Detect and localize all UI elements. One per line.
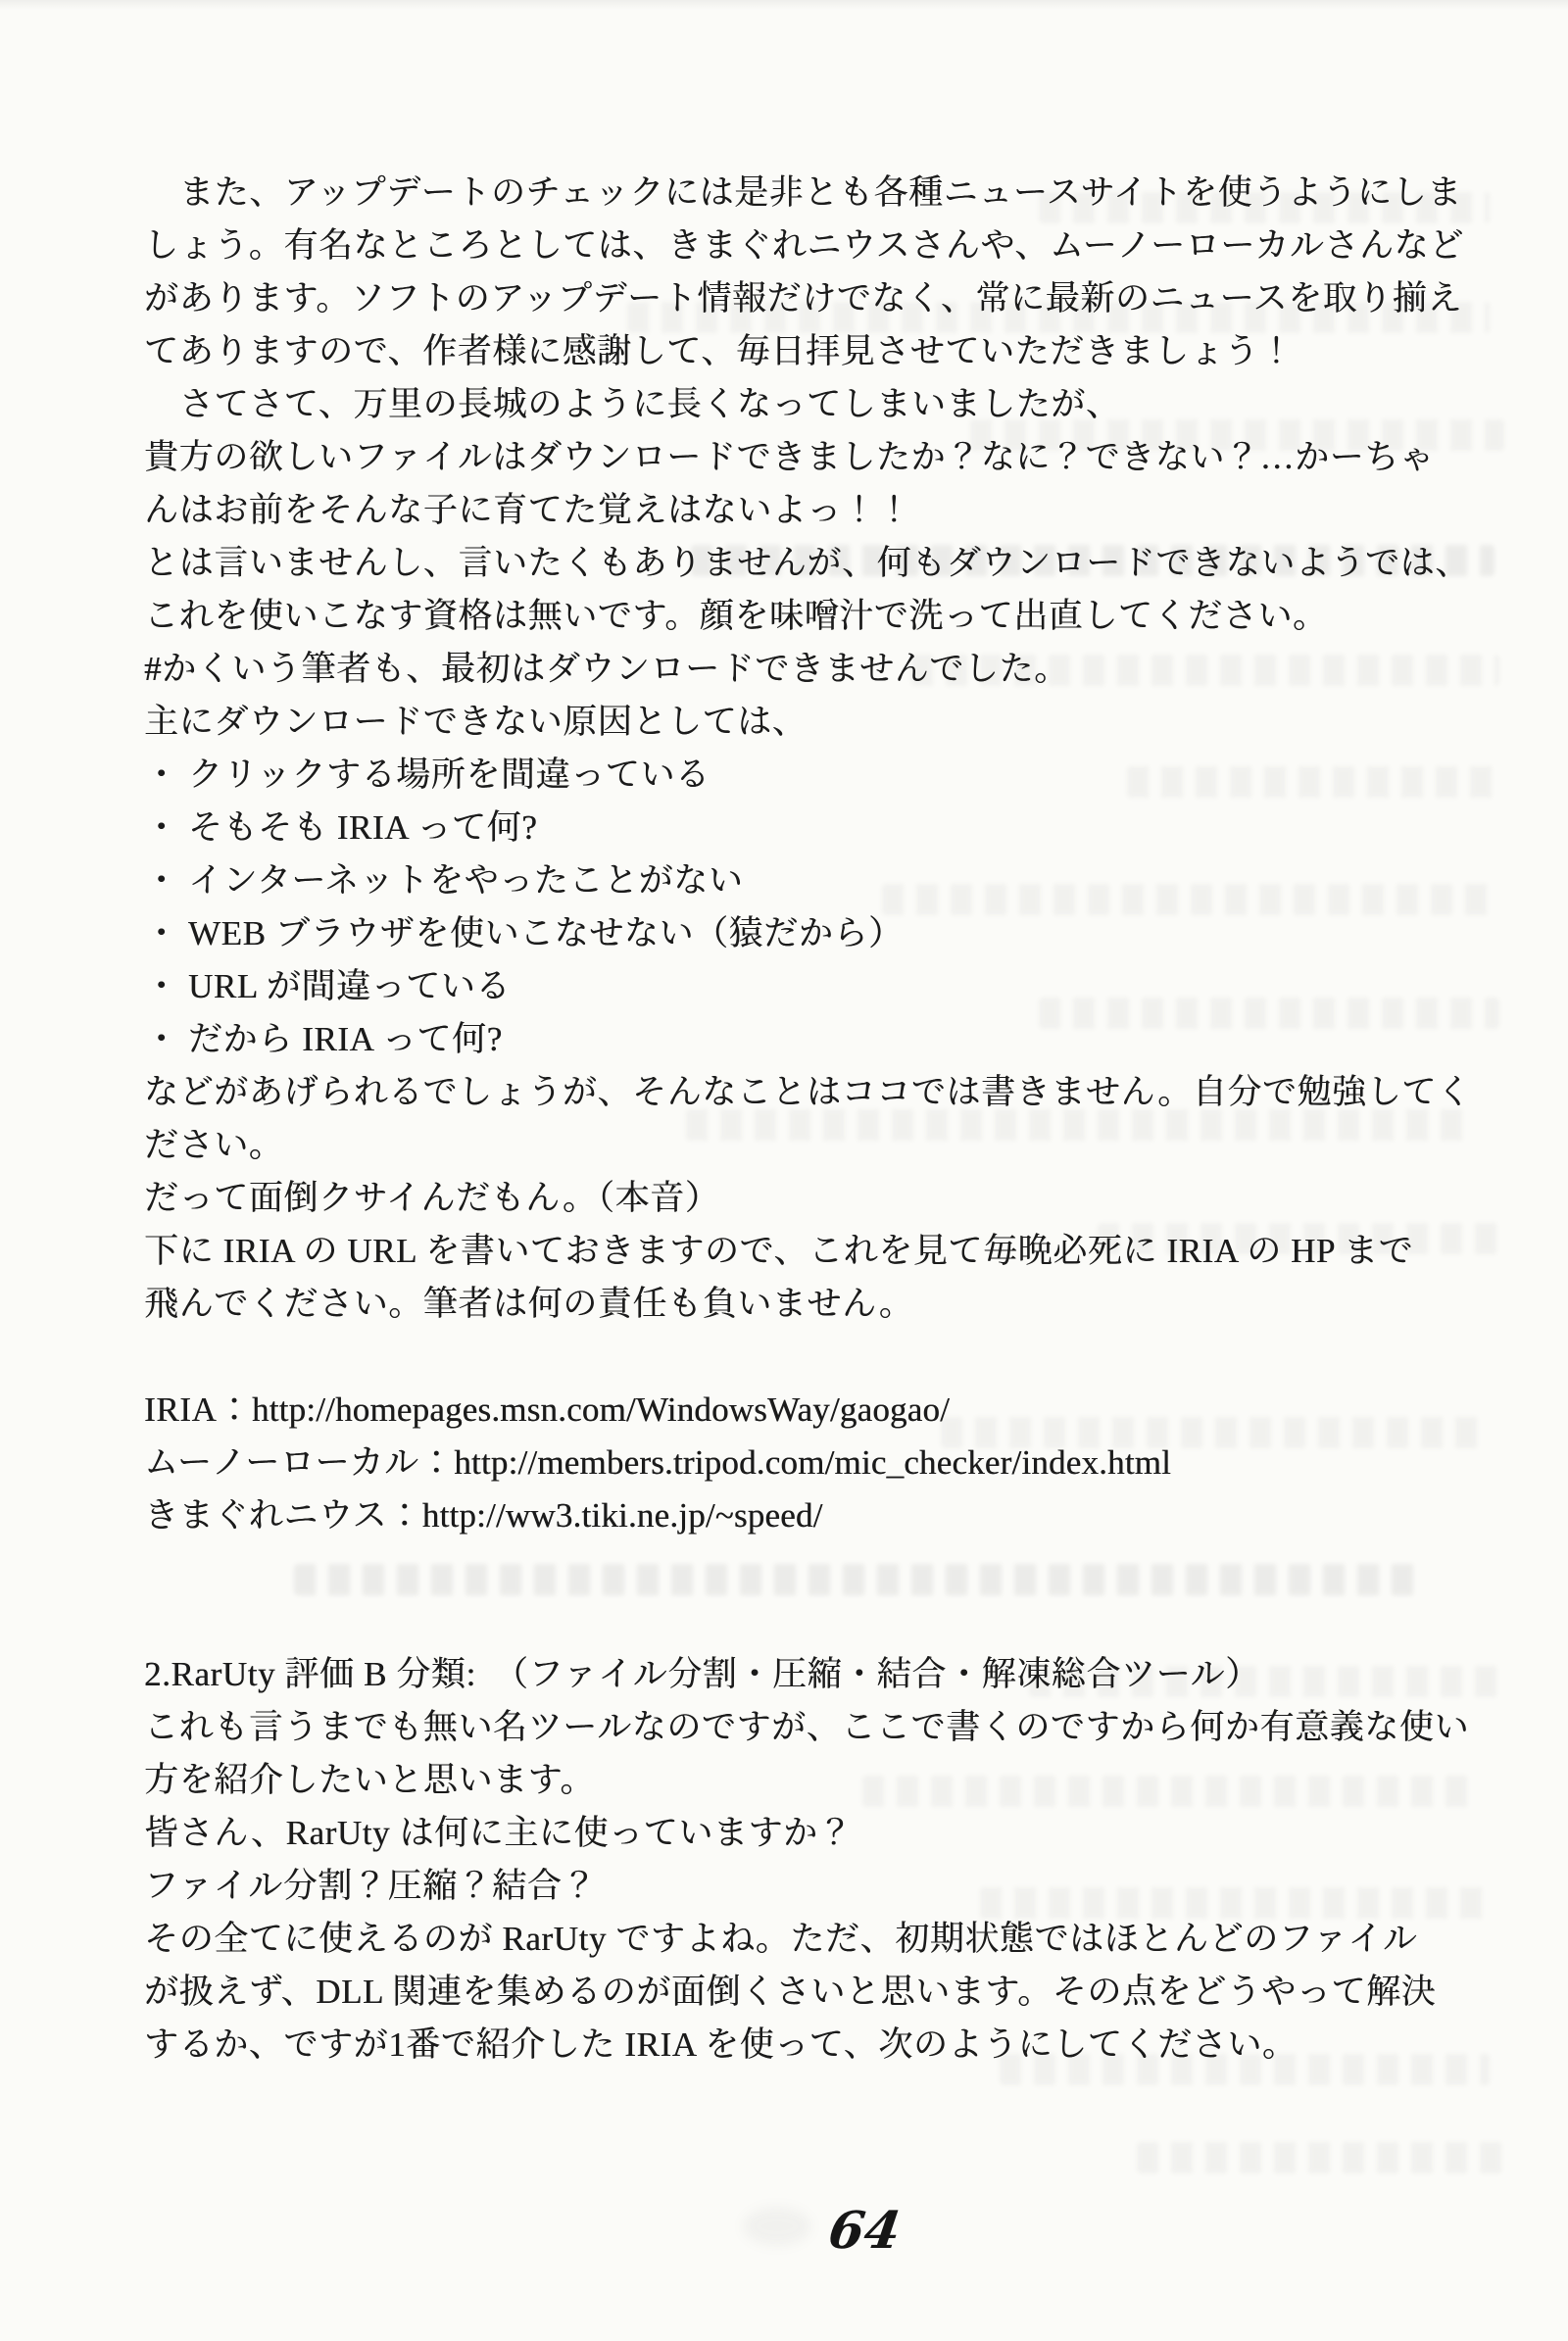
- link-separator: ：: [217, 1390, 252, 1429]
- text-line: ファイル分割？圧縮？結合？: [144, 1860, 1472, 1913]
- text-line: するか、ですが1番で紹介した IRIA を使って、次のようにしてください。: [144, 2019, 1472, 2072]
- text-line-content: さてさて、万里の長城のように長くなってしまいましたが、: [179, 385, 1121, 423]
- text-line-content: だって面倒クサイんだもん。（本音）: [144, 1179, 719, 1217]
- text-line: ・ クリックする場所を間違っている: [144, 749, 1472, 802]
- text-line-content: また、アップデートのチェックには是非とも各種ニュースサイトを使うようにしま: [179, 173, 1462, 212]
- text-line: 貴方の欲しいファイルはダウンロードできましたか？なに？できない？…かーちゃ: [144, 431, 1472, 484]
- text-line-content: とは言いませんし、言いたくもありませんが、何もダウンロードできないようでは、: [144, 544, 1470, 582]
- text-line: が扱えず、DLL 関連を集めるのが面倒くさいと思います。その点をどうやって解決: [144, 1966, 1472, 2019]
- text-line: 2.RarUty 評価 B 分類: （ファイル分割・圧縮・結合・解凍総合ツール）: [144, 1648, 1472, 1701]
- text-line-content: 主にダウンロードできない原因としては、: [144, 703, 807, 741]
- link-separator: ：: [419, 1443, 455, 1482]
- text-line-content: 皆さん、RarUty は何に主に使っていますか？: [144, 1814, 853, 1852]
- text-line-content: ・ だから IRIA って何?: [144, 1020, 503, 1058]
- link-line: ムーノーローカル：http://members.tripod.com/mic_c…: [144, 1437, 1472, 1489]
- text-line: などがあげられるでしょうが、そんなことはココでは書きません。自分で勉強してく: [144, 1066, 1472, 1119]
- link-separator: ：: [387, 1496, 422, 1535]
- text-line: ・ WEB ブラウザを使いこなせない（猿だから）: [144, 907, 1472, 960]
- text-line-content: があります。ソフトのアップデート情報だけでなく、常に最新のニュースを取り揃え: [144, 279, 1462, 317]
- link-label: ムーノーローカル: [144, 1443, 419, 1482]
- text-line-content: 下に IRIA の URL を書いておきますので、これを見て毎晩必死に IRIA…: [144, 1232, 1413, 1270]
- text-line: ださい。: [144, 1119, 1472, 1172]
- text-line-content: ださい。: [144, 1126, 283, 1164]
- text-line: その全てに使えるのが RarUty ですよね。ただ、初期状態ではほとんどのファイ…: [144, 1913, 1472, 1966]
- text-line: 方を紹介したいと思います。: [144, 1754, 1472, 1807]
- text-line: 主にダウンロードできない原因としては、: [144, 696, 1472, 749]
- text-line-content: んはお前をそんな子に育てた覚えはないよっ！！: [144, 491, 911, 529]
- text-line: ・ インターネットをやったことがない: [144, 854, 1472, 907]
- text-line: また、アップデートのチェックには是非とも各種ニュースサイトを使うようにしま: [144, 167, 1472, 219]
- text-line-content: しょう。有名なところとしては、きまぐれニウスさんや、ムーノーローカルさんなど: [144, 226, 1464, 265]
- page-text: また、アップデートのチェックには是非とも各種ニュースサイトを使うようにしましょう…: [144, 167, 1472, 2072]
- text-line: 飛んでください。筆者は何の責任も負いません。: [144, 1278, 1472, 1331]
- text-line: #かくいう筆者も、最初はダウンロードできませんでした。: [144, 643, 1472, 696]
- link-url: http://members.tripod.com/mic_checker/in…: [454, 1443, 1171, 1482]
- page-number: 64: [825, 2201, 905, 2261]
- text-line-content: が扱えず、DLL 関連を集めるのが面倒くさいと思います。その点をどうやって解決: [144, 1973, 1436, 2011]
- text-line: ・ URL が間違っている: [144, 960, 1472, 1013]
- text-line: これを使いこなす資格は無いです。顔を味噌汁で洗って出直してください。: [144, 590, 1472, 643]
- text-line-content: その全てに使えるのが RarUty ですよね。ただ、初期状態ではほとんどのファイ…: [144, 1920, 1417, 1958]
- text-line: とは言いませんし、言いたくもありませんが、何もダウンロードできないようでは、: [144, 537, 1472, 590]
- intro-paragraph: また、アップデートのチェックには是非とも各種ニュースサイトを使うようにしましょう…: [144, 167, 1472, 1331]
- link-line: きまぐれニウス：http://ww3.tiki.ne.jp/~speed/: [144, 1489, 1472, 1542]
- links-block: IRIA：http://homepages.msn.com/WindowsWay…: [144, 1384, 1472, 1542]
- link-url: http://homepages.msn.com/WindowsWay/gaog…: [252, 1390, 950, 1429]
- section2-paragraph: 2.RarUty 評価 B 分類: （ファイル分割・圧縮・結合・解凍総合ツール）…: [144, 1648, 1472, 2072]
- text-line-content: ・ インターネットをやったことがない: [144, 861, 743, 900]
- text-line-content: 2.RarUty 評価 B 分類: （ファイル分割・圧縮・結合・解凍総合ツール）: [144, 1655, 1260, 1693]
- text-line-content: ファイル分割？圧縮？結合？: [144, 1867, 597, 1905]
- bleedthrough-artifact: [743, 2207, 811, 2246]
- text-line-content: ・ WEB ブラウザを使いこなせない（猿だから）: [144, 914, 904, 952]
- text-line-content: ・ クリックする場所を間違っている: [144, 756, 710, 794]
- text-line-content: 貴方の欲しいファイルはダウンロードできましたか？なに？できない？…かーちゃ: [144, 438, 1435, 476]
- link-line: IRIA：http://homepages.msn.com/WindowsWay…: [144, 1384, 1472, 1437]
- text-line: 皆さん、RarUty は何に主に使っていますか？: [144, 1807, 1472, 1860]
- text-line-content: #かくいう筆者も、最初はダウンロードできませんでした。: [144, 650, 1069, 688]
- text-line-content: 飛んでください。筆者は何の責任も負いません。: [144, 1285, 913, 1323]
- text-line: さてさて、万里の長城のように長くなってしまいましたが、: [144, 378, 1472, 431]
- text-line-content: するか、ですが1番で紹介した IRIA を使って、次のようにしてください。: [144, 2025, 1298, 2064]
- link-url: http://ww3.tiki.ne.jp/~speed/: [422, 1496, 823, 1535]
- link-label: きまぐれニウス: [144, 1496, 387, 1535]
- text-line-content: などがあげられるでしょうが、そんなことはココでは書きません。自分で勉強してく: [144, 1073, 1472, 1111]
- text-line-content: ・ URL が間違っている: [144, 967, 511, 1005]
- bleedthrough-artifact: [1137, 2142, 1509, 2173]
- text-line-content: てありますので、作者様に感謝して、毎日拝見させていただきましょう！: [144, 332, 1294, 370]
- text-line-content: これも言うまでも無い名ツールなのですが、ここで書くのですから何か有意義な使い: [144, 1708, 1469, 1746]
- text-line: だって面倒クサイんだもん。（本音）: [144, 1172, 1472, 1225]
- text-line: しょう。有名なところとしては、きまぐれニウスさんや、ムーノーローカルさんなど: [144, 219, 1472, 272]
- text-line: 下に IRIA の URL を書いておきますので、これを見て毎晩必死に IRIA…: [144, 1225, 1472, 1278]
- text-line: んはお前をそんな子に育てた覚えはないよっ！！: [144, 484, 1472, 537]
- text-line: ・ だから IRIA って何?: [144, 1013, 1472, 1066]
- text-line: てありますので、作者様に感謝して、毎日拝見させていただきましょう！: [144, 325, 1472, 378]
- link-label: IRIA: [144, 1390, 217, 1429]
- text-line: これも言うまでも無い名ツールなのですが、ここで書くのですから何か有意義な使い: [144, 1701, 1472, 1754]
- text-line-content: 方を紹介したいと思います。: [144, 1761, 595, 1799]
- text-line: があります。ソフトのアップデート情報だけでなく、常に最新のニュースを取り揃え: [144, 272, 1472, 325]
- text-line: ・ そもそも IRIA って何?: [144, 802, 1472, 854]
- scanned-document-page: また、アップデートのチェックには是非とも各種ニュースサイトを使うようにしましょう…: [0, 0, 1568, 2341]
- text-line-content: これを使いこなす資格は無いです。顔を味噌汁で洗って出直してください。: [144, 597, 1328, 635]
- text-line-content: ・ そもそも IRIA って何?: [144, 808, 537, 847]
